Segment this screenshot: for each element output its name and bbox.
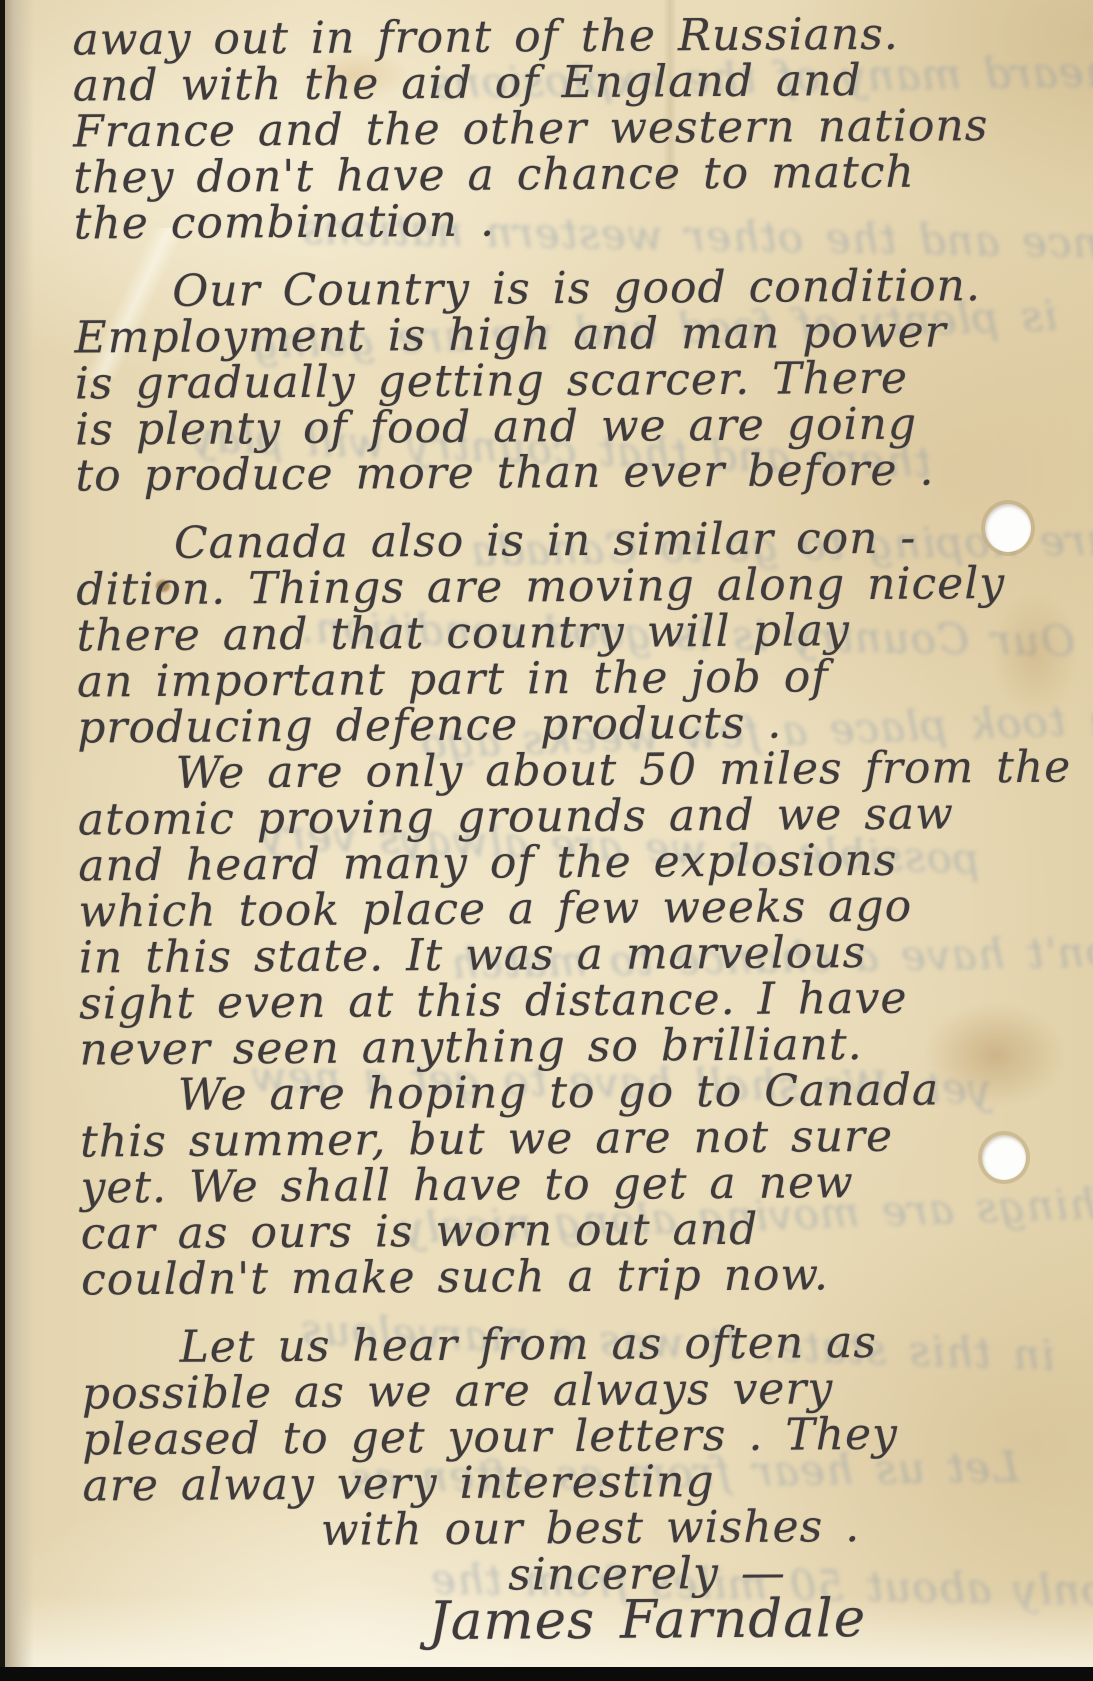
punch-hole-top [985,504,1031,552]
letter-line: they don't have a chance to match [73,149,1076,202]
letter-page: and heard many of the explosions France … [0,0,1093,1681]
letter-line: away out in front of the Russians. [72,11,1075,64]
signature: James Farndale [428,1594,1086,1645]
letter-line: there and that country will play [76,607,1079,660]
scan-bottom-edge-bar [0,1667,1093,1681]
letter-line: France and the other western nations [73,103,1076,156]
letter-line: this summer, but we are not sure [80,1112,1083,1165]
letter-line: dition. Things are moving along nicely [76,561,1079,614]
letter-line: which took place a few weeks ago [78,882,1081,935]
letter-line: Let us hear from as often as [179,1318,1084,1370]
letter-line: possible as we are always very [82,1364,1085,1417]
letter-line: couldn't make such a trip now. [81,1250,1084,1303]
closing-line: with our best wishes . [321,1502,1086,1553]
letter-line: sight even at this distance. I have [79,974,1082,1027]
letter-line: an important part in the job of [77,653,1080,706]
letter-line: yet. We shall have to get a new [80,1158,1083,1211]
letter-body: away out in front of the Russians. and w… [72,11,1086,1648]
letter-line: Employment is high and man power [74,309,1077,362]
letter-line: pleased to get your letters . They [82,1410,1085,1463]
page-left-edge [0,0,34,1681]
letter-line: atomic proving grounds and we saw [78,790,1081,843]
letter-line: is gradually getting scarcer. There [75,355,1078,408]
letter-line: and heard many of the explosions [78,836,1081,889]
letter-line: in this state. It was a marvelous [79,928,1082,981]
letter-line: car as ours is worn out and [81,1204,1084,1257]
letter-line: We are hoping to go to Canada [178,1066,1083,1118]
letter-line: to produce more than ever before . [75,447,1078,500]
letter-line: are alway very interesting [82,1456,1085,1509]
letter-line: the combination . [74,195,1077,248]
punch-hole-bottom [982,1135,1026,1180]
